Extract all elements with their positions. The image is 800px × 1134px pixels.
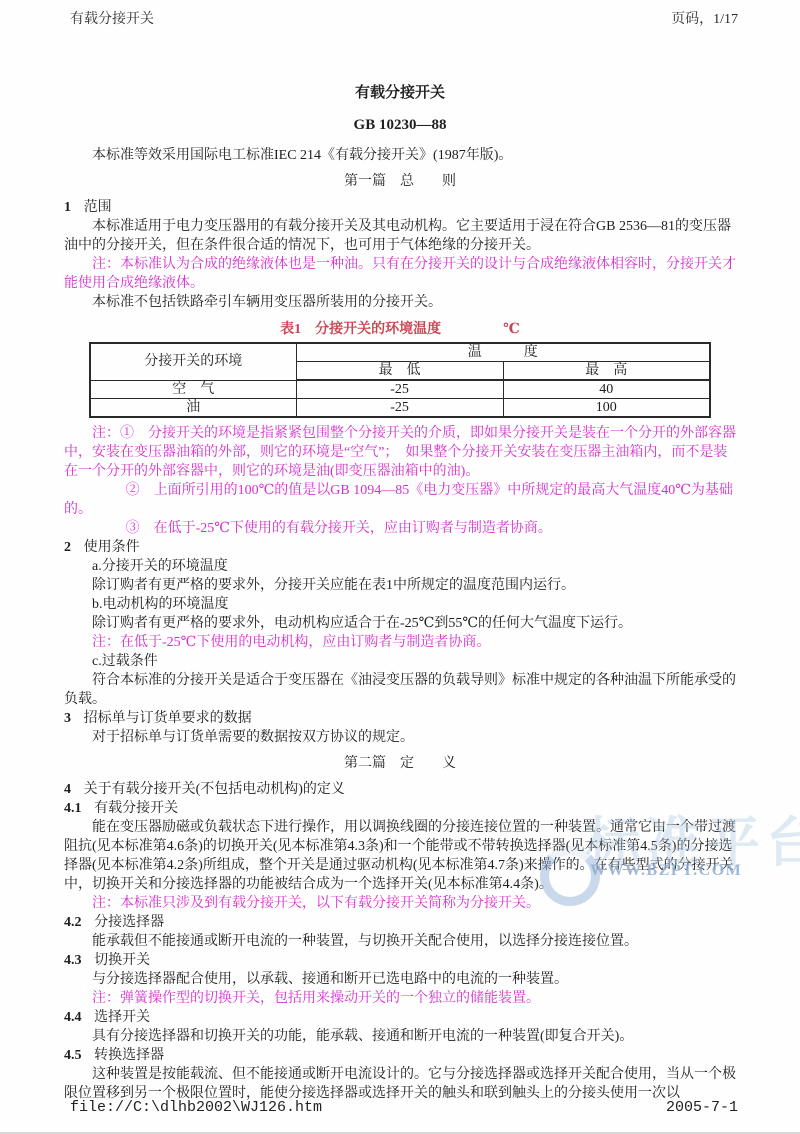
table1-note-2: ② 上面所引用的100℃的值是以GB 1094—85《电力变压器》中所规定的最高… bbox=[64, 481, 736, 519]
table-row: 油 -25 100 bbox=[90, 399, 710, 418]
clause-4-2-number: 4.2 bbox=[64, 915, 82, 930]
clause-2-item-b: b.电动机构的环境温度 bbox=[64, 595, 736, 614]
part1-heading: 第一篇 总 则 bbox=[64, 172, 736, 191]
clause-1-note: 注：本标准认为合成的绝缘液体也是一种油。只有在分接开关的设计与合成绝缘液体相容时… bbox=[64, 255, 736, 293]
table1-row2-env: 油 bbox=[90, 399, 296, 418]
clause-3-text: 对于招标单与订货单需要的数据按双方协议的规定。 bbox=[64, 728, 736, 747]
clause-4-5-title: 转换选择器 bbox=[94, 1048, 164, 1063]
clause-4-3-title: 切换开关 bbox=[94, 953, 150, 968]
table1-note-3: ③ 在低于-25℃下使用的有载分接开关，应由订购者与制造者协商。 bbox=[64, 519, 736, 538]
table1-environment-temperature: 分接开关的环境 温 度 最 低 最 高 空 气 -25 40 油 -25 100 bbox=[89, 342, 711, 418]
clause-4-5-heading: 4.5转换选择器 bbox=[64, 1046, 736, 1065]
clause-4-1-note: 注：本标准只涉及到有载分接开关，以下有载分接开关简称为分接开关。 bbox=[64, 894, 736, 913]
table1-max-header: 最 高 bbox=[503, 362, 710, 381]
clause-4-title: 关于有载分接开关(不包括电动机构)的定义 bbox=[84, 782, 345, 797]
table1-min-header: 最 低 bbox=[296, 362, 503, 381]
clause-1-heading: 1范围 bbox=[64, 198, 736, 217]
clause-4-1-heading: 4.1有载分接开关 bbox=[64, 799, 736, 818]
clause-4-4-title: 选择开关 bbox=[94, 1010, 150, 1025]
table1-temp-header: 温 度 bbox=[296, 343, 710, 362]
intro-paragraph: 本标准等效采用国际电工标准IEC 214《有载分接开关》(1987年版)。 bbox=[64, 146, 736, 165]
clause-2-item-a: a.分接开关的环境温度 bbox=[64, 557, 736, 576]
clause-1-paragraph-1: 本标准适用于电力变压器用的有载分接开关及其电动机构。它主要适用于浸在符合GB 2… bbox=[64, 217, 736, 255]
clause-2-item-b-text: 除订购者有更严格的要求外，电动机构应适合于在-25℃到55℃的任何大气温度下运行… bbox=[64, 614, 736, 633]
clause-2-item-c-text: 符合本标准的分接开关是适合于变压器在《油浸变压器的负载导则》标准中规定的各种油温… bbox=[64, 671, 736, 709]
table1-row1-env: 空 气 bbox=[90, 380, 296, 399]
part2-heading: 第二篇 定 义 bbox=[64, 754, 736, 773]
clause-4-4-number: 4.4 bbox=[64, 1010, 82, 1025]
header-doc-title: 有载分接开关 bbox=[70, 8, 154, 28]
table1-row2-max: 100 bbox=[503, 399, 710, 418]
page-header: 有载分接开关 页码，1/17 bbox=[70, 8, 738, 28]
clause-4-4-text: 具有分接选择器和切换开关的功能，能承载、接通和断开电流的一种装置(即复合开关)。 bbox=[64, 1027, 736, 1046]
clause-4-3-number: 4.3 bbox=[64, 953, 82, 968]
table1-row1-min: -25 bbox=[296, 380, 503, 399]
table1-unit: ℃ bbox=[503, 320, 520, 339]
clause-3-heading: 3招标单与订货单要求的数据 bbox=[64, 709, 736, 728]
document-body: 有载分接开关 GB 10230—88 本标准等效采用国际电工标准IEC 214《… bbox=[64, 84, 736, 1103]
footer-date: 2005-7-1 bbox=[666, 1099, 738, 1116]
clause-2-item-c: c.过载条件 bbox=[64, 652, 736, 671]
clause-3-title: 招标单与订货单要求的数据 bbox=[84, 711, 252, 726]
clause-4-1-text: 能在变压器励磁或负载状态下进行操作，用以调换线圈的分接连接位置的一种装置。通常它… bbox=[64, 818, 736, 894]
clause-4-number: 4 bbox=[64, 782, 71, 797]
clause-1-number: 1 bbox=[64, 200, 71, 215]
clause-4-2-text: 能承载但不能接通或断开电流的一种装置，与切换开关配合使用，以选择分接连接位置。 bbox=[64, 932, 736, 951]
clause-2-item-a-text: 除订购者有更严格的要求外，分接开关应能在表1中所规定的温度范围内运行。 bbox=[64, 576, 736, 595]
page-footer: file://C:\dlhb2002\WJ126.htm 2005-7-1 bbox=[70, 1099, 738, 1116]
footer-file-path: file://C:\dlhb2002\WJ126.htm bbox=[70, 1099, 322, 1116]
table1-caption-text: 表1 分接开关的环境温度 bbox=[280, 320, 441, 339]
doc-title: 有载分接开关 bbox=[64, 84, 736, 103]
table-row: 空 气 -25 40 bbox=[90, 380, 710, 399]
clause-4-2-heading: 4.2分接选择器 bbox=[64, 913, 736, 932]
standard-number: GB 10230—88 bbox=[64, 116, 736, 135]
clause-4-5-number: 4.5 bbox=[64, 1048, 82, 1063]
table1-env-header: 分接开关的环境 bbox=[90, 343, 296, 380]
clause-1-paragraph-2: 本标准不包括铁路牵引车辆用变压器所装用的分接开关。 bbox=[64, 293, 736, 312]
clause-4-3-heading: 4.3切换开关 bbox=[64, 951, 736, 970]
table1-row1-max: 40 bbox=[503, 380, 710, 399]
clause-2-number: 2 bbox=[64, 540, 71, 555]
clause-1-title: 范围 bbox=[84, 200, 112, 215]
clause-2-title: 使用条件 bbox=[84, 540, 140, 555]
clause-4-3-text: 与分接选择器配合使用，以承载、接通和断开已选电路中的电流的一种装置。 bbox=[64, 970, 736, 989]
clause-4-4-heading: 4.4选择开关 bbox=[64, 1008, 736, 1027]
header-page-number: 页码，1/17 bbox=[671, 8, 738, 28]
clause-3-number: 3 bbox=[64, 711, 71, 726]
clause-4-2-title: 分接选择器 bbox=[94, 915, 164, 930]
clause-4-3-note: 注：弹簧操作型的切换开关，包括用来操动开关的一个独立的储能装置。 bbox=[64, 989, 736, 1008]
clause-2-note: 注：在低于-25℃下使用的电动机构，应由订购者与制造者协商。 bbox=[64, 633, 736, 652]
document-page: 有载分接开关 页码，1/17 有载分接开关 GB 10230—88 本标准等效采… bbox=[0, 0, 800, 1134]
table1-caption: 表1 分接开关的环境温度 ℃ bbox=[64, 320, 736, 339]
table1-note-1: 注：① 分接开关的环境是指紧紧包围整个分接开关的介质，即如果分接开关是装在一个分… bbox=[64, 424, 736, 481]
clause-4-1-number: 4.1 bbox=[64, 801, 82, 816]
clause-4-5-text: 这种装置是按能载流、但不能接通或断开电流设计的。它与分接选择器或选择开关配合使用… bbox=[64, 1065, 736, 1103]
table1-row2-min: -25 bbox=[296, 399, 503, 418]
clause-4-1-title: 有载分接开关 bbox=[94, 801, 178, 816]
clause-2-heading: 2使用条件 bbox=[64, 538, 736, 557]
clause-4-heading: 4关于有载分接开关(不包括电动机构)的定义 bbox=[64, 780, 736, 799]
